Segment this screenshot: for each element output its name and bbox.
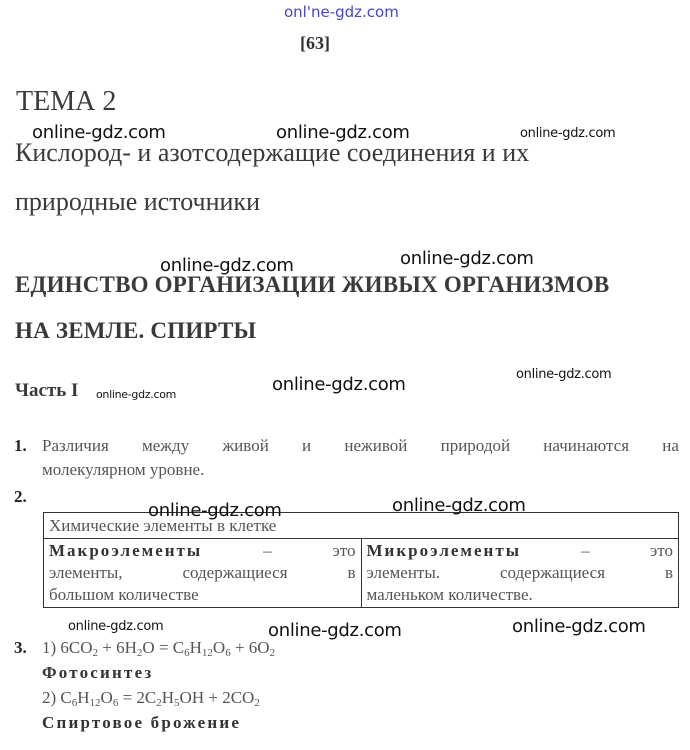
watermark: online-gdz.com — [512, 616, 646, 637]
section-title-line2: НА ЗЕМЛЕ. СПИРТЫ — [15, 318, 256, 344]
watermark: online-gdz.com — [520, 126, 615, 141]
table-cell-macro: Макроэлементы – это элементы, содержащие… — [44, 539, 362, 608]
watermark: online-gdz.com — [272, 374, 406, 395]
page-number: [63] — [300, 33, 330, 54]
equation-photosynthesis: 1) 6CO2 + 6H2O = C6H12O6 + 6O2 — [42, 638, 275, 659]
photosynthesis-label: Фотосинтез — [42, 663, 153, 683]
chemical-elements-table: Химические элементы в клетке Макроэлемен… — [43, 512, 679, 608]
watermark: online-gdz.com — [392, 495, 526, 516]
watermark: online-gdz.com — [68, 619, 163, 634]
answer-1-line1: Различия между живой и неживой природой … — [42, 436, 679, 456]
table-cell-micro: Микроэлементы – это элементы. содержащие… — [361, 539, 679, 608]
theme-label: ТЕМА 2 — [16, 86, 116, 118]
watermark: online-gdz.com — [276, 122, 410, 143]
watermark: online-gdz.com — [32, 122, 166, 143]
watermark: online-gdz.com — [160, 255, 294, 276]
watermark: online-gdz.com — [516, 367, 611, 382]
fermentation-label: Спиртовое брожение — [42, 713, 241, 733]
watermark: online-gdz.com — [148, 500, 282, 521]
answer-1-line2: молекулярном уровне. — [42, 460, 204, 480]
equation-fermentation: 2) C6H12O6 = 2C2H5OH + 2CO2 — [42, 688, 260, 709]
watermark: online-gdz.com — [268, 620, 402, 641]
table-header: Химические элементы в клетке — [44, 513, 679, 539]
watermark: online-gdz.com — [96, 388, 176, 401]
section-title-line1: ЕДИНСТВО ОРГАНИЗАЦИИ ЖИВЫХ ОРГАНИЗМОВ — [15, 272, 609, 298]
part-title: Часть I — [15, 380, 78, 402]
question-number-1: 1. — [14, 436, 27, 456]
watermark-top: onl'ne-gdz.com — [284, 3, 399, 21]
theme-title-line2: природные источники — [15, 187, 260, 217]
question-number-2: 2. — [14, 487, 27, 507]
question-number-3: 3. — [14, 638, 27, 658]
watermark: online-gdz.com — [400, 248, 534, 269]
